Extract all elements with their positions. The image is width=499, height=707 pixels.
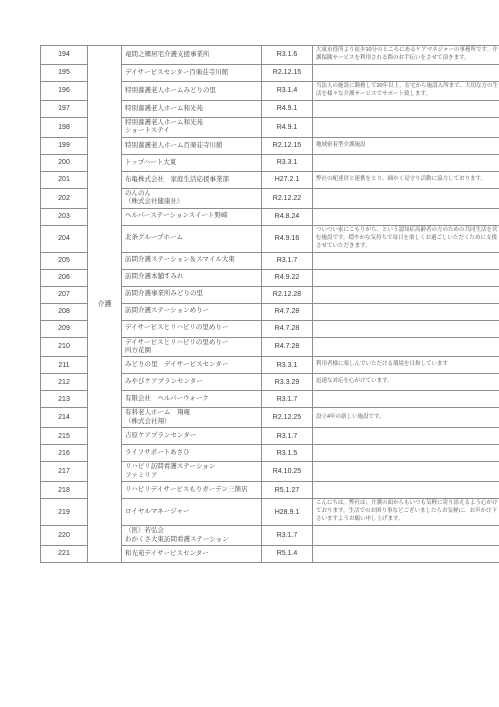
row-number: 203 bbox=[41, 208, 88, 225]
row-number: 212 bbox=[41, 374, 88, 391]
facility-name: 訪問介護ステーションめりー bbox=[122, 303, 262, 320]
registration-date: R3.1.7 bbox=[262, 252, 313, 269]
facility-name: ヘルパーステーションスイート野崎 bbox=[122, 208, 262, 225]
remark bbox=[313, 545, 499, 562]
registration-date: R2.12.25 bbox=[262, 408, 313, 428]
table-row: 194介護竜間之郷居宅介護支援事業所R3.1.6大東市役所より徒歩10分のところ… bbox=[41, 46, 499, 65]
remark: 設立4年の新しい施設です。 bbox=[313, 408, 499, 428]
remark: こんにちは。弊社は、介護の面からもいつも気軽に寄り添えるよう心がけております。生… bbox=[313, 499, 499, 526]
row-number: 194 bbox=[41, 46, 88, 65]
facility-name: 和光苑デイサービスセンター bbox=[122, 545, 262, 562]
facility-name: リハビリデイサービスもりガーデン三箇店 bbox=[122, 482, 262, 499]
registration-date: R4.9.16 bbox=[262, 225, 313, 252]
registration-date: R3.1.7 bbox=[262, 526, 313, 546]
facility-name: 北条グループホーム bbox=[122, 225, 262, 252]
remark bbox=[313, 64, 499, 81]
row-number: 220 bbox=[41, 526, 88, 546]
facility-name: 有限会社 ヘルパーウォーク bbox=[122, 391, 262, 408]
remark bbox=[313, 462, 499, 482]
registration-date: R4.7.28 bbox=[262, 303, 313, 320]
row-number: 197 bbox=[41, 100, 88, 117]
row-number: 200 bbox=[41, 154, 88, 171]
remark bbox=[313, 100, 499, 117]
remark bbox=[313, 269, 499, 286]
document-page: 194介護竜間之郷居宅介護支援事業所R3.1.6大東市役所より徒歩10分のところ… bbox=[0, 0, 499, 707]
row-number: 213 bbox=[41, 391, 88, 408]
facility-name: 特別養護老人ホームみどりの里 bbox=[122, 81, 262, 100]
row-number: 214 bbox=[41, 408, 88, 428]
remark bbox=[313, 188, 499, 208]
remark bbox=[313, 445, 499, 462]
row-number: 201 bbox=[41, 171, 88, 188]
facility-name: リハビリ訪問看護ステーションファミリア bbox=[122, 462, 262, 482]
facility-name: 竜間之郷居宅介護支援事業所 bbox=[122, 46, 262, 65]
remark bbox=[313, 337, 499, 357]
remark bbox=[313, 208, 499, 225]
registration-date: R4.10.25 bbox=[262, 462, 313, 482]
category-cell: 介護 bbox=[88, 46, 122, 563]
remark: 迅速な対応を心がけています。 bbox=[313, 374, 499, 391]
registration-date: R3.3.1 bbox=[262, 357, 313, 374]
row-number: 198 bbox=[41, 117, 88, 137]
facility-name: ロイヤルマネージャー bbox=[122, 499, 262, 526]
row-number: 208 bbox=[41, 303, 88, 320]
remark: 当法人の施設に勤務して20年以上、在宅から施設入所まで、大切な方の生活を様々な介… bbox=[313, 81, 499, 100]
row-number: 204 bbox=[41, 225, 88, 252]
row-number: 211 bbox=[41, 357, 88, 374]
remark bbox=[313, 482, 499, 499]
registration-date: R3.1.7 bbox=[262, 391, 313, 408]
registration-date: R4.8.24 bbox=[262, 208, 313, 225]
registration-date: R3.1.4 bbox=[262, 81, 313, 100]
registration-date: R3.1.5 bbox=[262, 445, 313, 462]
remark bbox=[313, 117, 499, 137]
remark bbox=[313, 252, 499, 269]
facility-name: 吉原ケアプランセンター bbox=[122, 428, 262, 445]
registration-date: R4.9.1 bbox=[262, 117, 313, 137]
row-number: 196 bbox=[41, 81, 88, 100]
facility-registration-table: 194介護竜間之郷居宅介護支援事業所R3.1.6大東市役所より徒歩10分のところ… bbox=[40, 45, 499, 563]
remark bbox=[313, 320, 499, 337]
remark bbox=[313, 428, 499, 445]
facility-name: のんのん（株式会社健康社） bbox=[122, 188, 262, 208]
registration-date: R2.12.28 bbox=[262, 286, 313, 303]
registration-date: R5.1.4 bbox=[262, 545, 313, 562]
remark: ついつい家にこもりがち、という認知症高齢者の方のための共同生活を営む施設です。穏… bbox=[313, 225, 499, 252]
row-number: 215 bbox=[41, 428, 88, 445]
facility-name: 特別養護老人ホーム和光苑ショートステイ bbox=[122, 117, 262, 137]
facility-name: ライフサポートあさひ bbox=[122, 445, 262, 462]
facility-name: 布亀株式会社 家庭生活応援事業部 bbox=[122, 171, 262, 188]
registration-date: R3.3.1 bbox=[262, 154, 313, 171]
registration-date: R4.9.1 bbox=[262, 100, 313, 117]
remark bbox=[313, 391, 499, 408]
row-number: 207 bbox=[41, 286, 88, 303]
table-body: 194介護竜間之郷居宅介護支援事業所R3.1.6大東市役所より徒歩10分のところ… bbox=[41, 46, 499, 563]
row-number: 205 bbox=[41, 252, 88, 269]
remark: 弊社の配達員と連携をとり、細かく見守り活動に協力しております。 bbox=[313, 171, 499, 188]
facility-name: デイサービスとリハビリの里めりー四方花園 bbox=[122, 337, 262, 357]
remark: 地域密着型介護施設 bbox=[313, 137, 499, 154]
registration-date: H28.9.1 bbox=[262, 499, 313, 526]
row-number: 216 bbox=[41, 445, 88, 462]
registration-date: R4.7.28 bbox=[262, 320, 313, 337]
facility-name: 特別養護老人ホーム和光苑 bbox=[122, 100, 262, 117]
facility-name: みどりの里 デイサービスセンター bbox=[122, 357, 262, 374]
remark: 大東市役所より徒歩10分のところにあるケアマネジャーの事務所です。介護保険サービ… bbox=[313, 46, 499, 65]
registration-date: R2.12.15 bbox=[262, 137, 313, 154]
remark bbox=[313, 154, 499, 171]
remark: 利用者様に楽しんでいただける環境を目指しています bbox=[313, 357, 499, 374]
facility-name: デイサービスセンター百楽荘寺川館 bbox=[122, 64, 262, 81]
registration-date: H27.2.1 bbox=[262, 171, 313, 188]
facility-name: （医）若弘会わかくさ大東訪問看護ステーション bbox=[122, 526, 262, 546]
facility-name: 特別養護老人ホーム百楽荘寺川館 bbox=[122, 137, 262, 154]
facility-name: 訪問介護本舗すみれ bbox=[122, 269, 262, 286]
facility-name: デイサービスとリハビリの里めりー bbox=[122, 320, 262, 337]
registration-date: R2.12.22 bbox=[262, 188, 313, 208]
registration-date: R5.1.27 bbox=[262, 482, 313, 499]
registration-date: R3.1.7 bbox=[262, 428, 313, 445]
remark bbox=[313, 303, 499, 320]
row-number: 206 bbox=[41, 269, 88, 286]
facility-name: トップハート大東 bbox=[122, 154, 262, 171]
facility-name: 有料老人ホーム 翔庵（株式会社翔） bbox=[122, 408, 262, 428]
row-number: 209 bbox=[41, 320, 88, 337]
registration-date: R4.7.28 bbox=[262, 337, 313, 357]
registration-date: R2.12.15 bbox=[262, 64, 313, 81]
facility-name: みやびケアプランセンター bbox=[122, 374, 262, 391]
row-number: 195 bbox=[41, 64, 88, 81]
facility-name: 訪問介護ステーション＆スマイル大東 bbox=[122, 252, 262, 269]
remark bbox=[313, 286, 499, 303]
row-number: 210 bbox=[41, 337, 88, 357]
facility-name: 訪問介護事業所みどりの里 bbox=[122, 286, 262, 303]
row-number: 217 bbox=[41, 462, 88, 482]
row-number: 218 bbox=[41, 482, 88, 499]
registration-date: R3.1.6 bbox=[262, 46, 313, 65]
registration-date: R3.3.29 bbox=[262, 374, 313, 391]
row-number: 221 bbox=[41, 545, 88, 562]
row-number: 219 bbox=[41, 499, 88, 526]
row-number: 202 bbox=[41, 188, 88, 208]
remark bbox=[313, 526, 499, 546]
registration-date: R4.9.22 bbox=[262, 269, 313, 286]
row-number: 199 bbox=[41, 137, 88, 154]
